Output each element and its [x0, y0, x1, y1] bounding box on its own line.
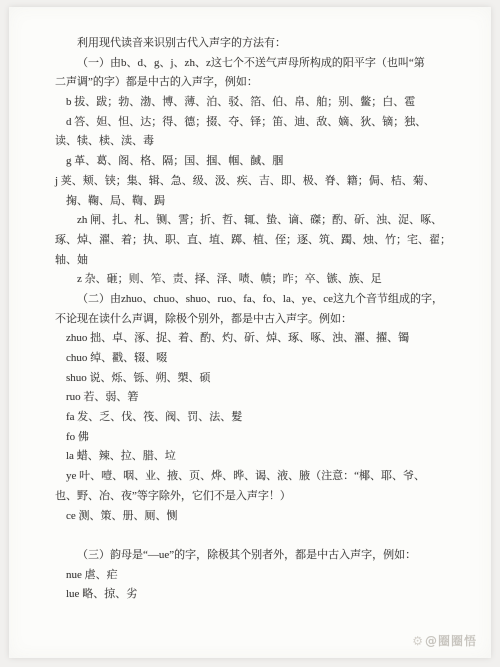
- watermark-logo-icon: ⚙: [412, 634, 424, 648]
- document-page: 利用现代读音来识别古代入声字的方法有：（一）由b、d、g、j、zh、z这七个不送…: [9, 7, 491, 658]
- text-line: zhuo 拙、卓、涿、捉、着、酌、灼、斫、焯、琢、啄、浊、濯、擢、镯: [55, 329, 467, 349]
- watermark-text: @圈圈悟: [425, 634, 477, 648]
- text-line: j 荚、颊、铗；集、辑、急、级、汲、疾、吉、即、极、脊、籍；侷、桔、菊、: [55, 172, 467, 192]
- text-line: （三）韵母是“—ue”的字，除极其个别者外，都是中古入声字，例如：: [55, 546, 467, 566]
- text-line: fo 佛: [55, 428, 467, 448]
- text-line: 二声调”的字）都是中古的入声字，例如：: [55, 73, 467, 93]
- text-line: z 杂、砸；则、笮、责、择、泽、啧、帻；昨；卒、镞、族、足: [55, 270, 467, 290]
- text-line: nue 虐、疟: [55, 566, 467, 586]
- text-line: （一）由b、d、g、j、zh、z这七个不送气声母所构成的阳平字（也叫“第: [55, 54, 467, 74]
- text-line: ce 测、策、册、厕、恻: [55, 507, 467, 527]
- text-line: la 蜡、辣、拉、腊、垃: [55, 447, 467, 467]
- text-line: ruo 若、弱、箬: [55, 388, 467, 408]
- text-line: 轴、妯: [55, 251, 467, 271]
- watermark: ⚙@圈圈悟: [412, 632, 477, 649]
- text-line: 也、野、冶、夜”等字除外，它们不是入声字！）: [55, 487, 467, 507]
- text-line: 掬、鞠、局、鞫、跼: [55, 192, 467, 212]
- text-line: chuo 绰、戳、辍、啜: [55, 349, 467, 369]
- text-line: 琢、焯、濯、着；执、职、直、埴、踯、植、侄；逐、筑、躅、烛、竹；宅、翟；: [55, 231, 467, 251]
- text-line: 读、犊、椟、渎、毒: [55, 132, 467, 152]
- text-line: 利用现代读音来识别古代入声字的方法有：: [55, 34, 467, 54]
- text-line: 不论现在读什么声调，除极个别外，都是中古入声字。例如：: [55, 310, 467, 330]
- text-line: b 拔、跋；勃、渤、博、薄、泊、驳、箔、伯、帛、舶；别、鳖；白、雹: [55, 93, 467, 113]
- screenshot-canvas: 利用现代读音来识别古代入声字的方法有：（一）由b、d、g、j、zh、z这七个不送…: [0, 0, 500, 667]
- text-line: fa 发、乏、伐、筏、阀、罚、法、髮: [55, 408, 467, 428]
- document-text-block: 利用现代读音来识别古代入声字的方法有：（一）由b、d、g、j、zh、z这七个不送…: [55, 34, 467, 605]
- text-line: g 革、葛、阁、格、隔；国、掴、帼、馘、腘: [55, 152, 467, 172]
- text-line: [55, 526, 467, 546]
- text-line: d 答、妲、怛、达；得、德；掇、夺、铎；笛、迪、敌、嫡、狄、镝；独、: [55, 113, 467, 133]
- text-line: shuo 说、烁、铄、朔、槊、硕: [55, 369, 467, 389]
- text-line: ye 叶、噎、咽、业、掖、页、烨、晔、谒、液、腋（注意：“椰、耶、爷、: [55, 467, 467, 487]
- text-line: （二）由zhuo、chuo、shuo、ruo、fa、fo、la、ye、ce这九个…: [55, 290, 467, 310]
- text-line: zh 闸、扎、札、铡、霅；折、哲、辄、蛰、谪、磔；酌、斫、浊、浞、啄、: [55, 211, 467, 231]
- text-line: lue 略、掠、劣: [55, 585, 467, 605]
